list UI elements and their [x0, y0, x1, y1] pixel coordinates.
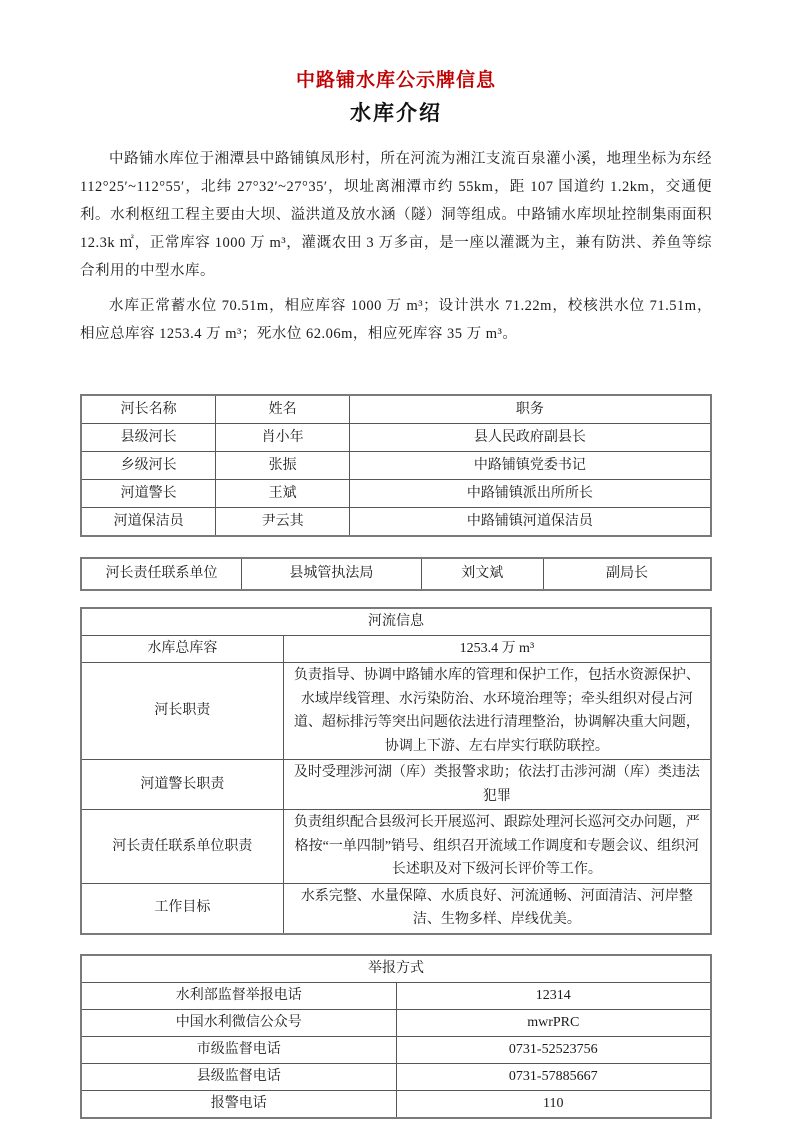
table-label-cell: 县级监督电话 [81, 1063, 396, 1090]
table-cell: 张振 [216, 452, 350, 480]
table-row: 河长责任联系单位职责 负责组织配合县级河长开展巡河、跟踪处理河长巡河交办问题，严… [81, 810, 711, 884]
table-cell: 肖小年 [216, 424, 350, 452]
table-row: 河道保洁员 尹云其 中路铺镇河道保洁员 [81, 508, 711, 537]
table-label-cell: 水库总库容 [81, 636, 283, 663]
table-label-cell: 工作目标 [81, 883, 283, 934]
page-title: 中路铺水库公示牌信息 [80, 70, 712, 92]
table-row: 河道警长 王斌 中路铺镇派出所所长 [81, 480, 711, 508]
table-cell: 中路铺镇党委书记 [349, 452, 711, 480]
table-label-cell: 市级监督电话 [81, 1036, 396, 1063]
table-value-cell: 水系完整、水量保障、水质良好、河流通畅、河面清洁、河岸整洁、生物多样、岸线优美。 [283, 883, 711, 934]
doc-subtitle: 水库介绍 [80, 101, 712, 125]
table-value-cell: 110 [396, 1090, 711, 1118]
table-label-cell: 河长职责 [81, 663, 283, 760]
table-title-row: 河流信息 [81, 608, 711, 636]
table-row: 市级监督电话 0731-52523756 [81, 1036, 711, 1063]
table-cell: 县城管执法局 [242, 558, 422, 590]
intro-section: 中路铺水库位于湘潭县中路铺镇凤形村，所在河流为湘江支流百泉灌小溪，地理坐标为东经… [80, 145, 712, 348]
table-header-cell: 河长名称 [81, 395, 216, 424]
table-cell: 王斌 [216, 480, 350, 508]
table-cell: 尹云其 [216, 508, 350, 537]
table-row: 乡级河长 张振 中路铺镇党委书记 [81, 452, 711, 480]
intro-paragraph-2: 水库正常蓄水位 70.51m，相应库容 1000 万 m³；设计洪水 71.22… [80, 292, 712, 348]
table-header-cell: 职务 [349, 395, 711, 424]
table-cell: 中路铺镇派出所所长 [349, 480, 711, 508]
table-cell: 河道保洁员 [81, 508, 216, 537]
table-cell: 中路铺镇河道保洁员 [349, 508, 711, 537]
table-label-cell: 报警电话 [81, 1090, 396, 1118]
report-methods-table: 举报方式 水利部监督举报电话 12314 中国水利微信公众号 mwrPRC 市级… [80, 954, 712, 1119]
table-cell: 乡级河长 [81, 452, 216, 480]
table-row: 河长职责 负责指导、协调中路铺水库的管理和保护工作，包括水资源保护、水域岸线管理… [81, 663, 711, 760]
table-header-cell: 姓名 [216, 395, 350, 424]
river-chiefs-table: 河长名称 姓名 职务 县级河长 肖小年 县人民政府副县长 乡级河长 张振 中路铺… [80, 394, 712, 537]
table-row: 水库总库容 1253.4 万 m³ [81, 636, 711, 663]
intro-paragraph-1: 中路铺水库位于湘潭县中路铺镇凤形村，所在河流为湘江支流百泉灌小溪，地理坐标为东经… [80, 145, 712, 285]
table-cell: 副局长 [543, 558, 711, 590]
table-label-cell: 水利部监督举报电话 [81, 982, 396, 1009]
report-methods-title: 举报方式 [81, 955, 711, 983]
table-value-cell: 负责指导、协调中路铺水库的管理和保护工作，包括水资源保护、水域岸线管理、水污染防… [283, 663, 711, 760]
table-value-cell: 及时受理涉河湖（库）类报警求助；依法打击涉河湖（库）类违法犯罪 [283, 760, 711, 810]
document-page: 中路铺水库公示牌信息 水库介绍 中路铺水库位于湘潭县中路铺镇凤形村，所在河流为湘… [0, 0, 800, 1131]
table-title-row: 举报方式 [81, 955, 711, 983]
table-cell: 河长责任联系单位 [81, 558, 242, 590]
river-info-title: 河流信息 [81, 608, 711, 636]
table-label-cell: 中国水利微信公众号 [81, 1009, 396, 1036]
table-cell: 县级河长 [81, 424, 216, 452]
table-row: 县级监督电话 0731-57885667 [81, 1063, 711, 1090]
table-row: 中国水利微信公众号 mwrPRC [81, 1009, 711, 1036]
river-info-table: 河流信息 水库总库容 1253.4 万 m³ 河长职责 负责指导、协调中路铺水库… [80, 607, 712, 935]
liaison-unit-table: 河长责任联系单位 县城管执法局 刘文斌 副局长 [80, 557, 712, 591]
table-label-cell: 河长责任联系单位职责 [81, 810, 283, 884]
table-value-cell: 0731-52523756 [396, 1036, 711, 1063]
table-value-cell: 0731-57885667 [396, 1063, 711, 1090]
table-cell: 刘文斌 [421, 558, 543, 590]
table-value-cell: 12314 [396, 982, 711, 1009]
table-row: 工作目标 水系完整、水量保障、水质良好、河流通畅、河面清洁、河岸整洁、生物多样、… [81, 883, 711, 934]
table-cell: 河道警长 [81, 480, 216, 508]
table-label-cell: 河道警长职责 [81, 760, 283, 810]
table-row: 县级河长 肖小年 县人民政府副县长 [81, 424, 711, 452]
table-header-row: 河长名称 姓名 职务 [81, 395, 711, 424]
table-row: 河道警长职责 及时受理涉河湖（库）类报警求助；依法打击涉河湖（库）类违法犯罪 [81, 760, 711, 810]
table-cell: 县人民政府副县长 [349, 424, 711, 452]
table-value-cell: 1253.4 万 m³ [283, 636, 711, 663]
table-row: 报警电话 110 [81, 1090, 711, 1118]
table-value-cell: mwrPRC [396, 1009, 711, 1036]
table-value-cell: 负责组织配合县级河长开展巡河、跟踪处理河长巡河交办问题，严格按“一单四制”销号、… [283, 810, 711, 884]
table-row: 河长责任联系单位 县城管执法局 刘文斌 副局长 [81, 558, 711, 590]
table-row: 水利部监督举报电话 12314 [81, 982, 711, 1009]
